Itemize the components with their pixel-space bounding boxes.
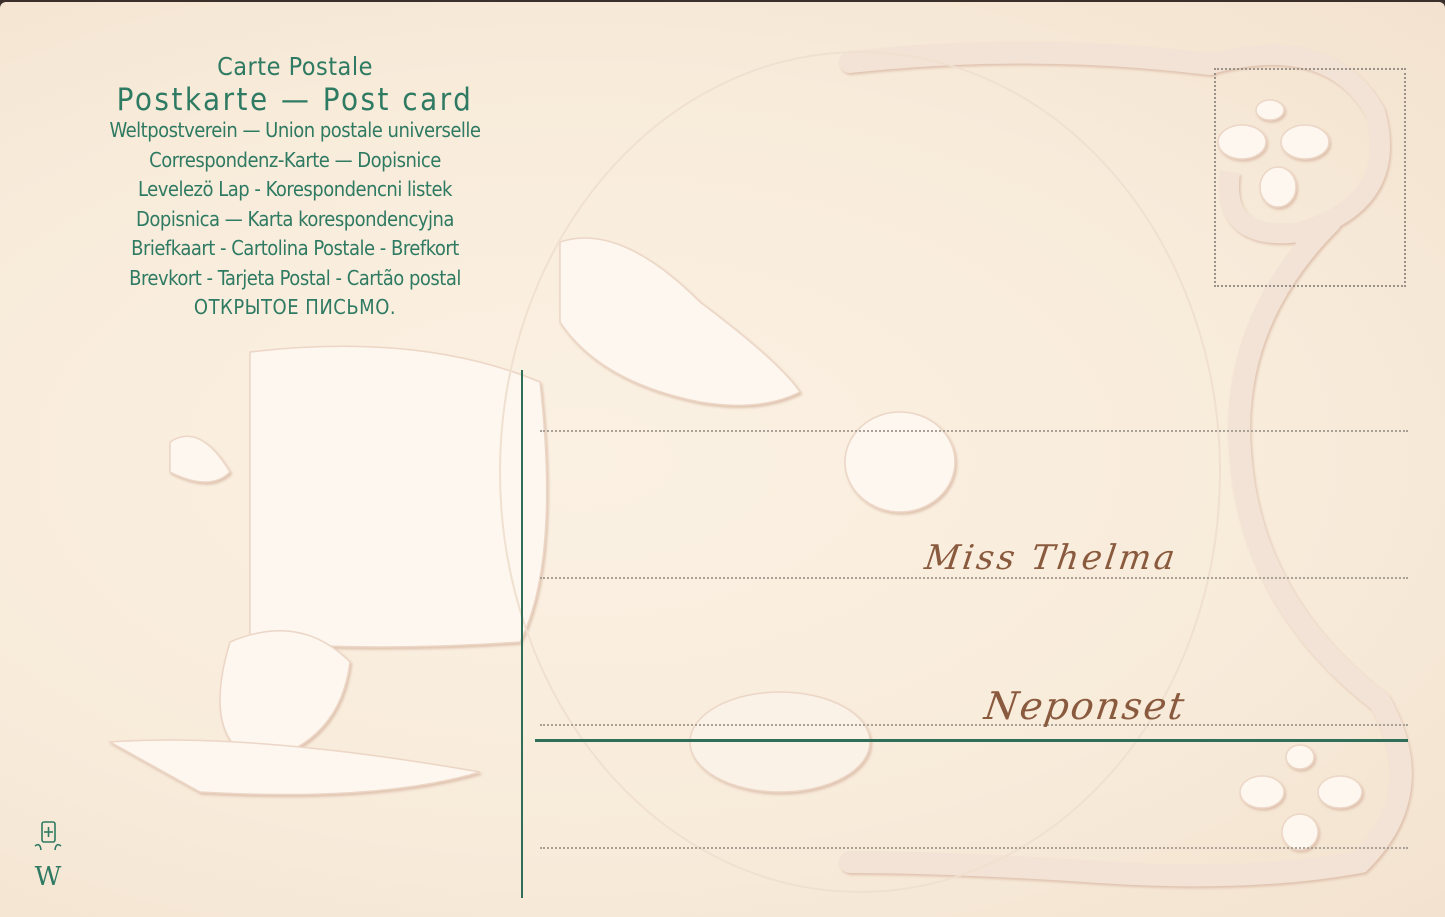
- header-line: Briefkaart - Cartolina Postale - Brefkor…: [40, 238, 550, 268]
- address-line-4: [540, 847, 1408, 849]
- postcard-header: Carte Postale Postkarte — Post card Welt…: [40, 54, 550, 317]
- stamp-box: [1214, 68, 1406, 287]
- postcard: Carte Postale Postkarte — Post card Welt…: [0, 2, 1445, 917]
- svg-text:W: W: [35, 862, 62, 890]
- header-line: Weltpostverein — Union postale universel…: [40, 120, 550, 150]
- address-underline: [535, 739, 1408, 742]
- address-line-1: [540, 430, 1408, 432]
- header-line: Dopisnica — Karta korespondencyjna: [40, 209, 550, 239]
- publisher-shield-cross-icon: W: [34, 820, 62, 890]
- vertical-divider: [521, 370, 523, 898]
- handwritten-recipient: Miss Thelma: [922, 538, 1180, 578]
- address-line-3: [540, 724, 1408, 726]
- header-title-french: Carte Postale: [40, 54, 550, 79]
- header-line: Levelezö Lap - Korespondencni listek: [40, 179, 550, 209]
- header-russian: ОТКРЫТОЕ ПИСЬМО.: [40, 297, 550, 317]
- header-title-german-english: Postkarte — Post card: [40, 85, 550, 116]
- header-line: Brevkort - Tarjeta Postal - Cartão posta…: [40, 268, 550, 298]
- handwritten-town: Neponset: [982, 684, 1189, 728]
- header-line: Correspondenz-Karte — Dopisnice: [40, 150, 550, 180]
